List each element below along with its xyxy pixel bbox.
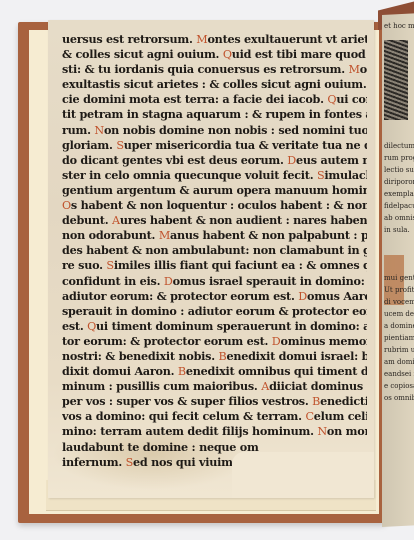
facing-line: [384, 92, 414, 104]
facing-line: a domine : m: [384, 320, 414, 332]
text-line: est. Qui timent dominum sperauerunt in d…: [62, 319, 367, 334]
text-line: rum. Non nobis domine non nobis : sed no…: [62, 123, 367, 138]
text-run: vos a domino: qui fecit celum & terram.: [62, 409, 305, 423]
rubricated-initial: M: [349, 63, 360, 76]
rubricated-initial: D: [164, 275, 173, 288]
text-line: cie domini mota est terra: a facie dei i…: [62, 92, 367, 107]
facing-line: [384, 56, 414, 68]
facing-line: et hoc min: [384, 20, 414, 32]
facing-line: dilectum no: [384, 140, 414, 152]
rubricated-initial: M: [159, 229, 170, 242]
facing-line: os omniba: [384, 392, 414, 404]
text-run: do dicant gentes vbi est deus eorum.: [62, 153, 287, 167]
text-line: des habent & non ambulabunt: non clamabu…: [62, 243, 367, 258]
text-run: ui conuer: [336, 92, 367, 106]
facing-line: ab omnis eil: [384, 212, 414, 224]
rubricated-initial: S: [116, 139, 123, 152]
text-run: sperauit in domino : adiutor eorum & pro…: [62, 304, 367, 318]
text-run: nostri: & benedixit nobis.: [62, 349, 218, 363]
facing-line: ucem deprec: [384, 308, 414, 320]
facing-line: fidelpacuum: [384, 200, 414, 212]
text-run: dixit domui Aaron.: [62, 364, 178, 378]
rubricated-initial: N: [94, 124, 104, 137]
rubricated-initial: D: [298, 290, 307, 303]
rubricated-initial: Q: [327, 93, 336, 106]
text-run: laudabunt te domine : neque om: [62, 440, 259, 454]
text-run: on nobis domine non nobis : sed nomini t…: [104, 123, 367, 137]
text-run: exultastis sicut arietes : & colles sicu…: [62, 77, 367, 91]
facing-line: [384, 32, 414, 44]
text-run: ontes: [360, 62, 367, 76]
text-run: & colles sicut agni ouium.: [62, 47, 223, 61]
text-run: ui timent dominum sperauerunt in domino:…: [96, 319, 367, 333]
text-run: uid est tibi mare quod fugi: [232, 47, 367, 61]
rubricated-initial: M: [196, 33, 207, 46]
facing-line: lectio suo:: [384, 164, 414, 176]
text-line: dixit domui Aaron. Benedixit omnibus qui…: [62, 364, 367, 379]
text-run: infernum.: [62, 455, 126, 469]
text-run: per vos : super vos & super filios vestr…: [62, 394, 312, 408]
text-run: ed nos qui viuimus: [133, 455, 247, 469]
facing-line: pientiam effec: [384, 332, 414, 344]
text-run: mino: terram autem dedit filijs hominum.: [62, 424, 317, 438]
facing-line: mui gentium: [384, 272, 414, 284]
rubricated-initial: B: [178, 365, 186, 378]
rubricated-initial: O: [62, 199, 71, 212]
text-run: eus autem no: [296, 153, 367, 167]
text-run: minum : pusillis cum maioribus.: [62, 379, 261, 393]
text-run: ures habent & non audient : nares habent…: [120, 213, 367, 227]
text-run: des habent & non ambulabunt: non clamabu…: [62, 243, 367, 257]
facing-line: [384, 80, 414, 92]
paper-loss-area: [232, 452, 374, 498]
text-run: enedixit domui israel: bene: [226, 349, 367, 363]
rubricated-initial: D: [287, 154, 296, 167]
rubricated-initial: Q: [223, 48, 232, 61]
text-run: tit petram in stagna aquarum : & rupem i…: [62, 107, 367, 121]
text-run: non odorabunt.: [62, 228, 159, 242]
facing-line: [384, 104, 414, 116]
text-run: omus israel sperauit in domino:: [173, 274, 365, 288]
facing-line: [384, 44, 414, 56]
facing-line: rubrim ueni: [384, 344, 414, 356]
rubricated-initial: D: [272, 335, 281, 348]
text-line: mino: terram autem dedit filijs hominum.…: [62, 424, 367, 439]
text-run: debunt.: [62, 213, 112, 227]
text-line: minum : pusillis cum maioribus. Adiiciat…: [62, 379, 367, 394]
text-line: tit petram in stagna aquarum : & rupem i…: [62, 107, 367, 122]
text-run: confidunt in eis.: [62, 274, 164, 288]
text-line: exultastis sicut arietes : & colles sicu…: [62, 77, 367, 92]
rubricated-initial: B: [312, 395, 320, 408]
text-run: ster in celo omnia quecunque voluit feci…: [62, 168, 317, 182]
text-run: sti: & tu iordanis quia conuersus es ret…: [62, 62, 349, 76]
text-run: adiutor eorum: & protector eorum est.: [62, 289, 298, 303]
text-run: on mortui: [327, 424, 367, 438]
text-line: uersus est retrorsum. Montes exultauerun…: [62, 32, 367, 47]
text-run: uper misericordia tua & veritate tua ne …: [124, 138, 367, 152]
text-line: sperauit in domino : adiutor eorum & pro…: [62, 304, 367, 319]
facing-line: [384, 116, 414, 128]
text-run: ontes exultauerunt vt arietes:: [207, 32, 367, 46]
facing-line: [384, 248, 414, 260]
facing-line: eandsei in do: [384, 368, 414, 380]
text-line: ster in celo omnia quecunque voluit feci…: [62, 168, 367, 183]
text-line: re suo. Similes illis fiant qui faciunt …: [62, 258, 367, 273]
facing-line: [384, 128, 414, 140]
text-line: vos a domino: qui fecit celum & terram. …: [62, 409, 367, 424]
text-run: s habent & non loquentur : oculos habent…: [71, 198, 367, 212]
facing-line: exemplane b: [384, 188, 414, 200]
rubricated-initial: Q: [87, 320, 96, 333]
text-run: cie domini mota est terra: a facie dei i…: [62, 92, 327, 106]
text-line: tor eorum: & protector eorum est. Dominu…: [62, 334, 367, 349]
text-run: diiciat dominus su: [269, 379, 367, 393]
text-run: omus Aaron: [307, 289, 367, 303]
text-line: debunt. Aures habent & non audient : nar…: [62, 213, 367, 228]
text-run: gloriam.: [62, 138, 116, 152]
text-line: sti: & tu iordanis quia conuersus es ret…: [62, 62, 367, 77]
text-run: imiles illis fiant qui faciunt ea : & om…: [114, 258, 367, 272]
facing-line: rum progen: [384, 152, 414, 164]
text-run: est.: [62, 319, 87, 333]
text-line: gentium argentum & aurum opera manuum ho…: [62, 183, 367, 198]
text-line: Os habent & non loquentur : oculos haben…: [62, 198, 367, 213]
text-line: gloriam. Super misericordia tua & verita…: [62, 138, 367, 153]
facing-line: am domino: [384, 356, 414, 368]
text-line: do dicant gentes vbi est deus eorum. Deu…: [62, 153, 367, 168]
facing-page-text: et hoc min dilectum norum progenlectio s…: [384, 20, 414, 404]
facing-line: di vocem: [384, 296, 414, 308]
text-run: ominus memor fuit: [281, 334, 367, 348]
text-line: confidunt in eis. Domus israel sperauit …: [62, 274, 367, 289]
text-run: uersus est retrorsum.: [62, 32, 196, 46]
rubricated-initial: S: [106, 259, 113, 272]
facing-line: [384, 236, 414, 248]
rubricated-initial: A: [112, 214, 120, 227]
text-run: elum celi do: [314, 409, 367, 423]
text-line: per vos : super vos & super filios vestr…: [62, 394, 367, 409]
text-run: gentium argentum & aurum opera manuum ho…: [62, 183, 367, 197]
facing-line: in sula.: [384, 224, 414, 236]
leaf-text-block: uersus est retrorsum. Montes exultauerun…: [62, 32, 367, 470]
text-line: adiutor eorum: & protector eorum est. Do…: [62, 289, 367, 304]
rubricated-initial: A: [261, 380, 269, 393]
rubricated-initial: N: [317, 425, 327, 438]
text-run: enedicti: [320, 394, 367, 408]
facing-line: diripororu: [384, 176, 414, 188]
facing-line: [384, 260, 414, 272]
rubricated-initial: C: [305, 410, 313, 423]
text-run: rum.: [62, 123, 94, 137]
facing-line: Ut profitm: [384, 284, 414, 296]
text-run: imulachra: [324, 168, 367, 182]
text-line: & colles sicut agni ouium. Quid est tibi…: [62, 47, 367, 62]
text-line: nostri: & benedixit nobis. Benedixit dom…: [62, 349, 367, 364]
facing-line: [384, 68, 414, 80]
text-run: enedixit omnibus qui timent do: [186, 364, 367, 378]
text-run: re suo.: [62, 258, 106, 272]
text-run: tor eorum: & protector eorum est.: [62, 334, 272, 348]
text-line: non odorabunt. Manus habent & non palpab…: [62, 228, 367, 243]
facing-line: e copiosa ap: [384, 380, 414, 392]
rubricated-initial: S: [126, 456, 133, 469]
text-run: anus habent & non palpabunt : pe: [170, 228, 367, 242]
